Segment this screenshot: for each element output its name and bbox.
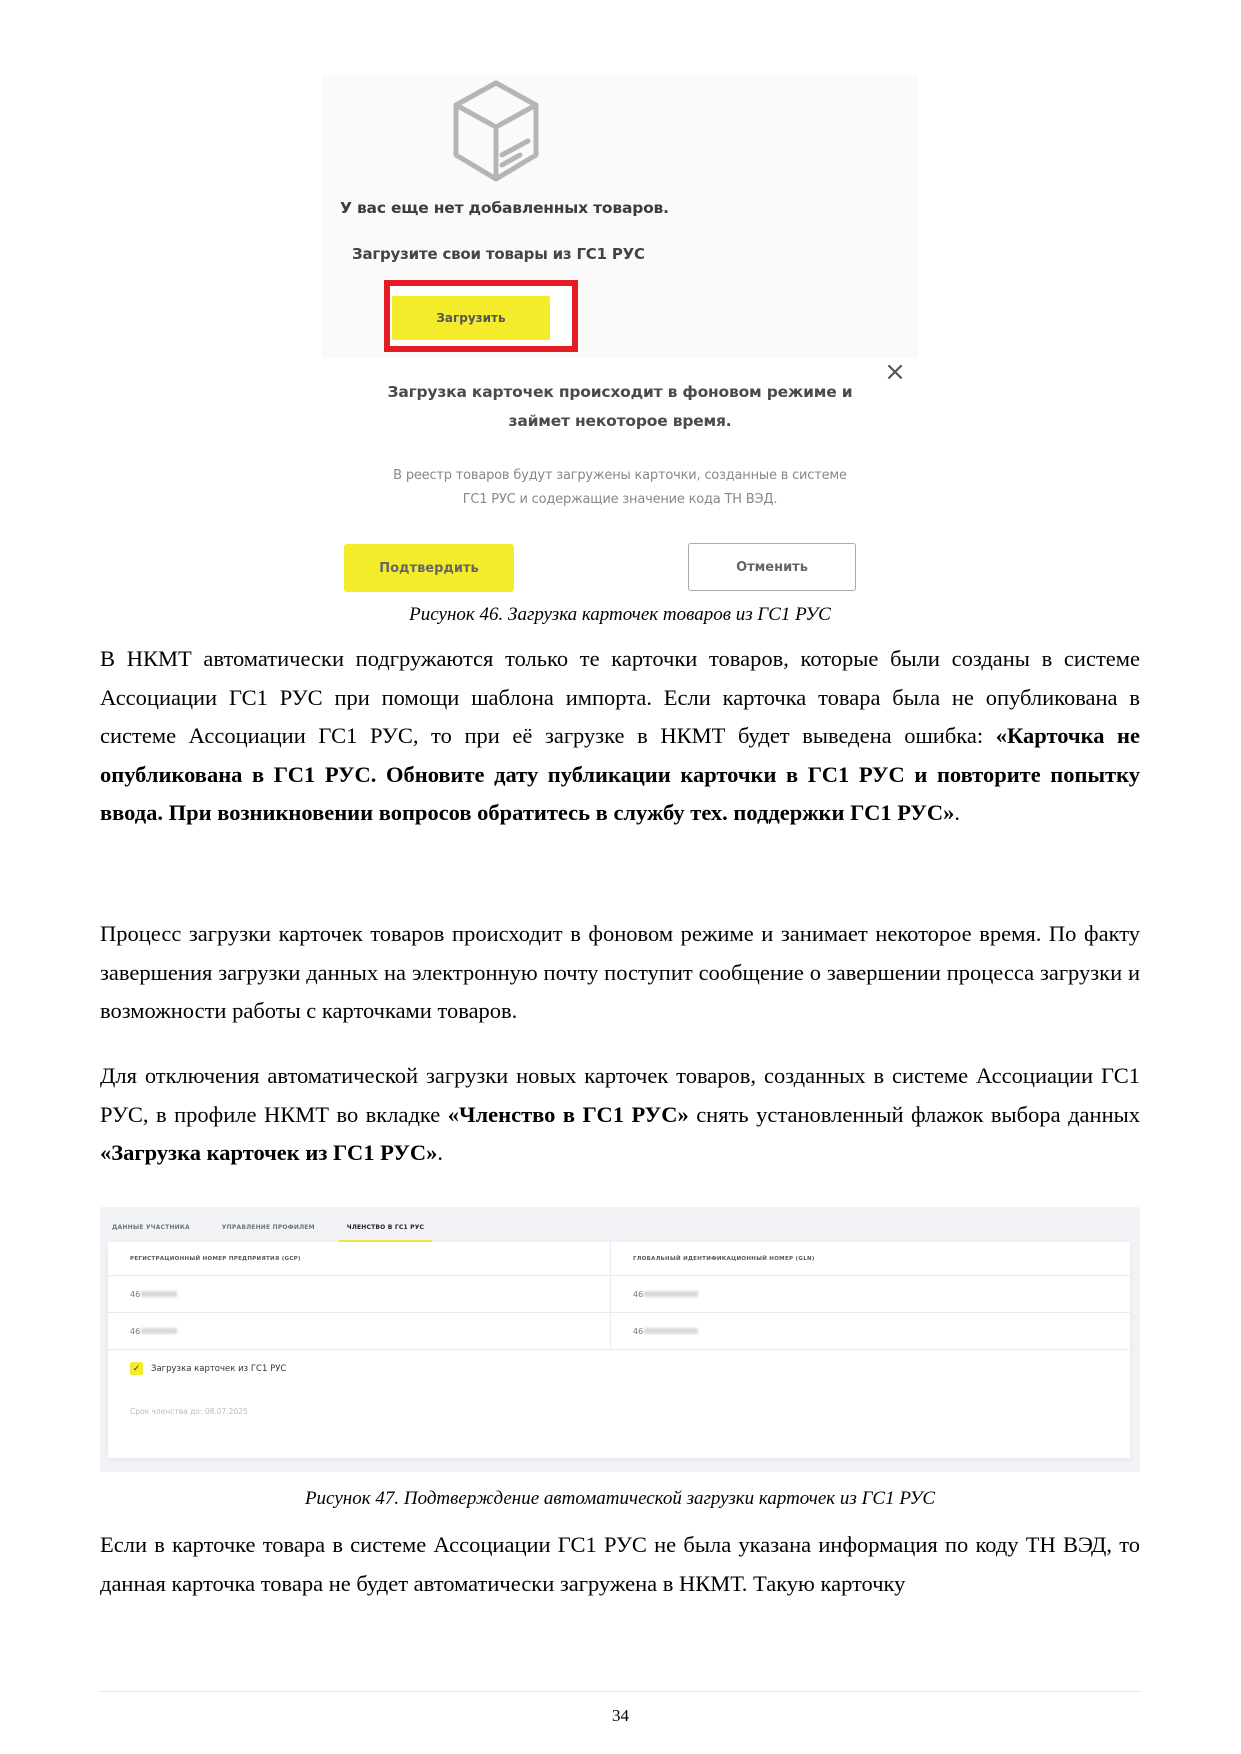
box-icon (450, 79, 542, 183)
membership-tab-screenshot: ДАННЫЕ УЧАСТНИКА УПРАВЛЕНИЕ ПРОФИЛЕМ ЧЛЕ… (100, 1207, 1140, 1472)
load-cards-checkbox[interactable]: ✓ Загрузка карточек из ГС1 РУС (130, 1362, 286, 1375)
membership-expiry: Срок членства до: 08.07.2025 (130, 1407, 248, 1416)
page-number: 34 (0, 1706, 1241, 1726)
membership-card: РЕГИСТРАЦИОННЫЙ НОМЕР ПРЕДПРИЯТИЯ (GCP) … (108, 1242, 1130, 1458)
paragraph-text: . (437, 1140, 443, 1165)
paragraph-text: . (954, 800, 960, 825)
redacted-mask (141, 1291, 177, 1297)
empty-state-title: У вас еще нет добавленных товаров. (322, 199, 918, 217)
gln-value-text: 46 (633, 1290, 643, 1299)
modal-description: В реестр товаров будут загружены карточк… (322, 464, 918, 512)
redacted-mask (141, 1328, 177, 1334)
products-empty-state-screenshot: У вас еще нет добавленных товаров. Загру… (322, 75, 918, 358)
background-load-modal: × Загрузка карточек происходит в фоновом… (322, 358, 918, 598)
gln-value: 46 (610, 1313, 1130, 1349)
gcp-value: 46 (108, 1313, 610, 1349)
checkbox-reference: «Загрузка карточек из ГС1 РУС» (100, 1140, 437, 1165)
column-header-gcp: РЕГИСТРАЦИОННЫЙ НОМЕР ПРЕДПРИЯТИЯ (GCP) (108, 1242, 610, 1275)
paragraph-unpublished-card-error: В НКМТ автоматически подгружаются только… (100, 640, 1140, 833)
paragraph-text: В НКМТ автоматически подгружаются только… (100, 646, 1140, 748)
modal-title-line: займет некоторое время. (322, 407, 918, 436)
checkmark-icon[interactable]: ✓ (130, 1362, 143, 1375)
tab-profile-management[interactable]: УПРАВЛЕНИЕ ПРОФИЛЕМ (222, 1207, 315, 1242)
gln-value-text: 46 (633, 1327, 643, 1336)
gcp-value-text: 46 (130, 1327, 140, 1336)
column-header-gln: ГЛОБАЛЬНЫЙ ИДЕНТИФИКАЦИОННЫЙ НОМЕР (GLN) (610, 1242, 1130, 1275)
redacted-mask (644, 1291, 698, 1297)
gln-value: 46 (610, 1276, 1130, 1312)
paragraph-text: снять установленный флажок выбора данных (689, 1102, 1140, 1127)
tab-participant-data[interactable]: ДАННЫЕ УЧАСТНИКА (112, 1207, 190, 1242)
checkbox-label: Загрузка карточек из ГС1 РУС (151, 1364, 286, 1374)
redacted-mask (644, 1328, 698, 1334)
table-row: 46 46 (108, 1313, 1130, 1350)
confirm-button[interactable]: Подтвердить (344, 544, 514, 592)
modal-title-line: Загрузка карточек происходит в фоновом р… (322, 378, 918, 407)
cancel-button[interactable]: Отменить (688, 543, 856, 591)
figure-47-caption: Рисунок 47. Подтверждение автоматической… (100, 1488, 1140, 1510)
gcp-value: 46 (108, 1276, 610, 1312)
table-row: 46 46 (108, 1276, 1130, 1313)
tab-reference: «Членство в ГС1 РУС» (448, 1102, 689, 1127)
empty-state-subtitle: Загрузите свои товары из ГС1 РУС (352, 245, 645, 263)
modal-title: Загрузка карточек происходит в фоновом р… (322, 378, 918, 436)
modal-text-line: В реестр товаров будут загружены карточк… (322, 464, 918, 488)
table-header: РЕГИСТРАЦИОННЫЙ НОМЕР ПРЕДПРИЯТИЯ (GCP) … (108, 1242, 1130, 1276)
paragraph-tnved-missing: Если в карточке товара в системе Ассоциа… (100, 1526, 1140, 1603)
gcp-value-text: 46 (130, 1290, 140, 1299)
paragraph-disable-autoload: Для отключения автоматической загрузки н… (100, 1057, 1140, 1173)
modal-text-line: ГС1 РУС и содержащие значение кода ТН ВЭ… (322, 488, 918, 512)
tab-gs1-membership[interactable]: ЧЛЕНСТВО В ГС1 РУС (347, 1207, 424, 1242)
figure-46-caption: Рисунок 46. Загрузка карточек товаров из… (100, 604, 1140, 626)
load-button[interactable]: Загрузить (392, 296, 550, 340)
paragraph-background-process: Процесс загрузки карточек товаров происх… (100, 915, 1140, 1031)
profile-tabs: ДАННЫЕ УЧАСТНИКА УПРАВЛЕНИЕ ПРОФИЛЕМ ЧЛЕ… (112, 1207, 456, 1242)
footer-divider (100, 1691, 1140, 1692)
